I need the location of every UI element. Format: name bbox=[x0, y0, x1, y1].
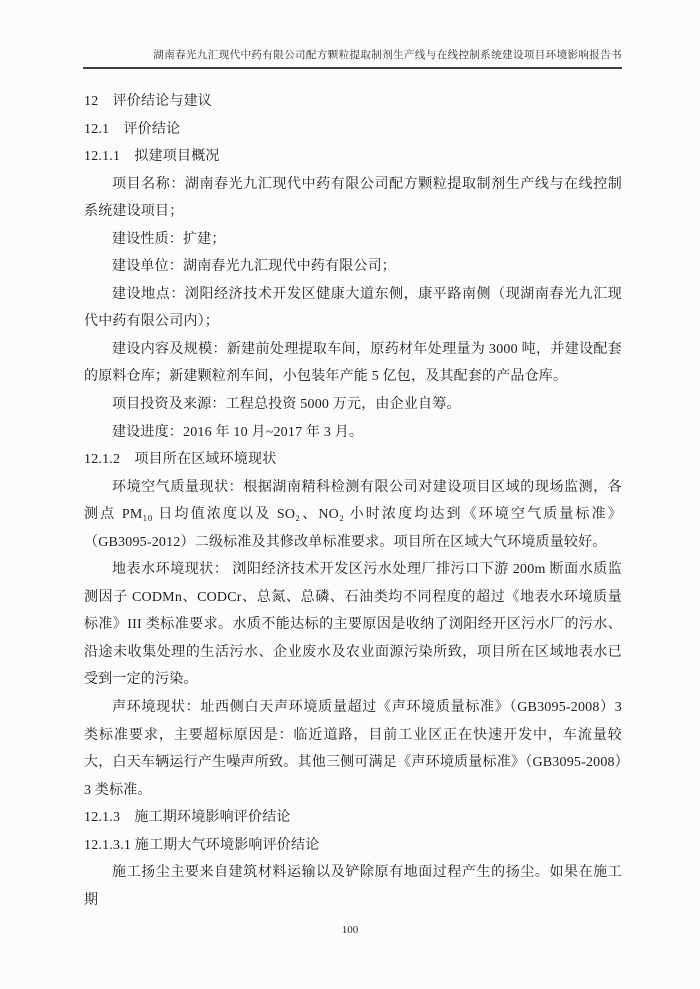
paragraph: 建设内容及规模：新建前处理提取车间，原药材年处理量为 3000 吨，并建设配套的… bbox=[84, 336, 622, 391]
paragraph: 建设单位：湖南春光九汇现代中药有限公司； bbox=[84, 253, 622, 281]
running-header-title: 湖南春光九汇现代中药有限公司配方颗粒提取制剂生产线与在线控制系统建设项目环境影响… bbox=[83, 47, 622, 62]
page-header: 湖南春光九汇现代中药有限公司配方颗粒提取制剂生产线与在线控制系统建设项目环境影响… bbox=[83, 0, 622, 77]
page-number: 100 bbox=[342, 924, 359, 936]
paragraph: 声环境现状：址西侧白天声环境质量超过《声环境质量标准》（GB3095-2008）… bbox=[84, 694, 622, 804]
paragraph: 环境空气质量现状：根据湖南精科检测有限公司对建设项目区域的现场监测，各测点 PM… bbox=[84, 474, 622, 557]
document-page: 湖南春光九汇现代中药有限公司配方颗粒提取制剂生产线与在线控制系统建设项目环境影响… bbox=[0, 0, 700, 989]
document-body: 12 评价结论与建议12.1 评价结论12.1.1 拟建项目概况项目名称：湖南春… bbox=[84, 88, 622, 914]
paragraph: 地表水环境现状： 浏阳经济技术开发区污水处理厂排污口下游 200m 断面水质监测… bbox=[84, 556, 622, 694]
paragraph: 建设地点：浏阳经济技术开发区健康大道东侧，康平路南侧（现湖南春光九汇现代中药有限… bbox=[84, 281, 622, 336]
paragraph: 施工扬尘主要来自建筑材料运输以及铲除原有地面过程产生的扬尘。如果在施工期 bbox=[84, 859, 622, 914]
paragraph: 项目投资及来源：工程总投资 5000 万元，由企业自筹。 bbox=[84, 391, 622, 419]
paragraph: 建设进度：2016 年 10 月~2017 年 3 月。 bbox=[84, 419, 622, 447]
section-heading: 12.1.3 施工期环境影响评价结论 bbox=[84, 804, 622, 832]
section-heading: 12.1.3.1 施工期大气环境影响评价结论 bbox=[84, 832, 622, 860]
section-heading: 12 评价结论与建议 bbox=[84, 88, 622, 116]
paragraph: 项目名称：湖南春光九汇现代中药有限公司配方颗粒提取制剂生产线与在线控制系统建设项… bbox=[84, 171, 622, 226]
paragraph: 建设性质：扩建； bbox=[84, 226, 622, 254]
header-rule bbox=[83, 67, 622, 69]
section-heading: 12.1 评价结论 bbox=[84, 116, 622, 144]
page-footer: 100 bbox=[0, 924, 700, 936]
section-heading: 12.1.2 项目所在区域环境现状 bbox=[84, 446, 622, 474]
section-heading: 12.1.1 拟建项目概况 bbox=[84, 143, 622, 171]
